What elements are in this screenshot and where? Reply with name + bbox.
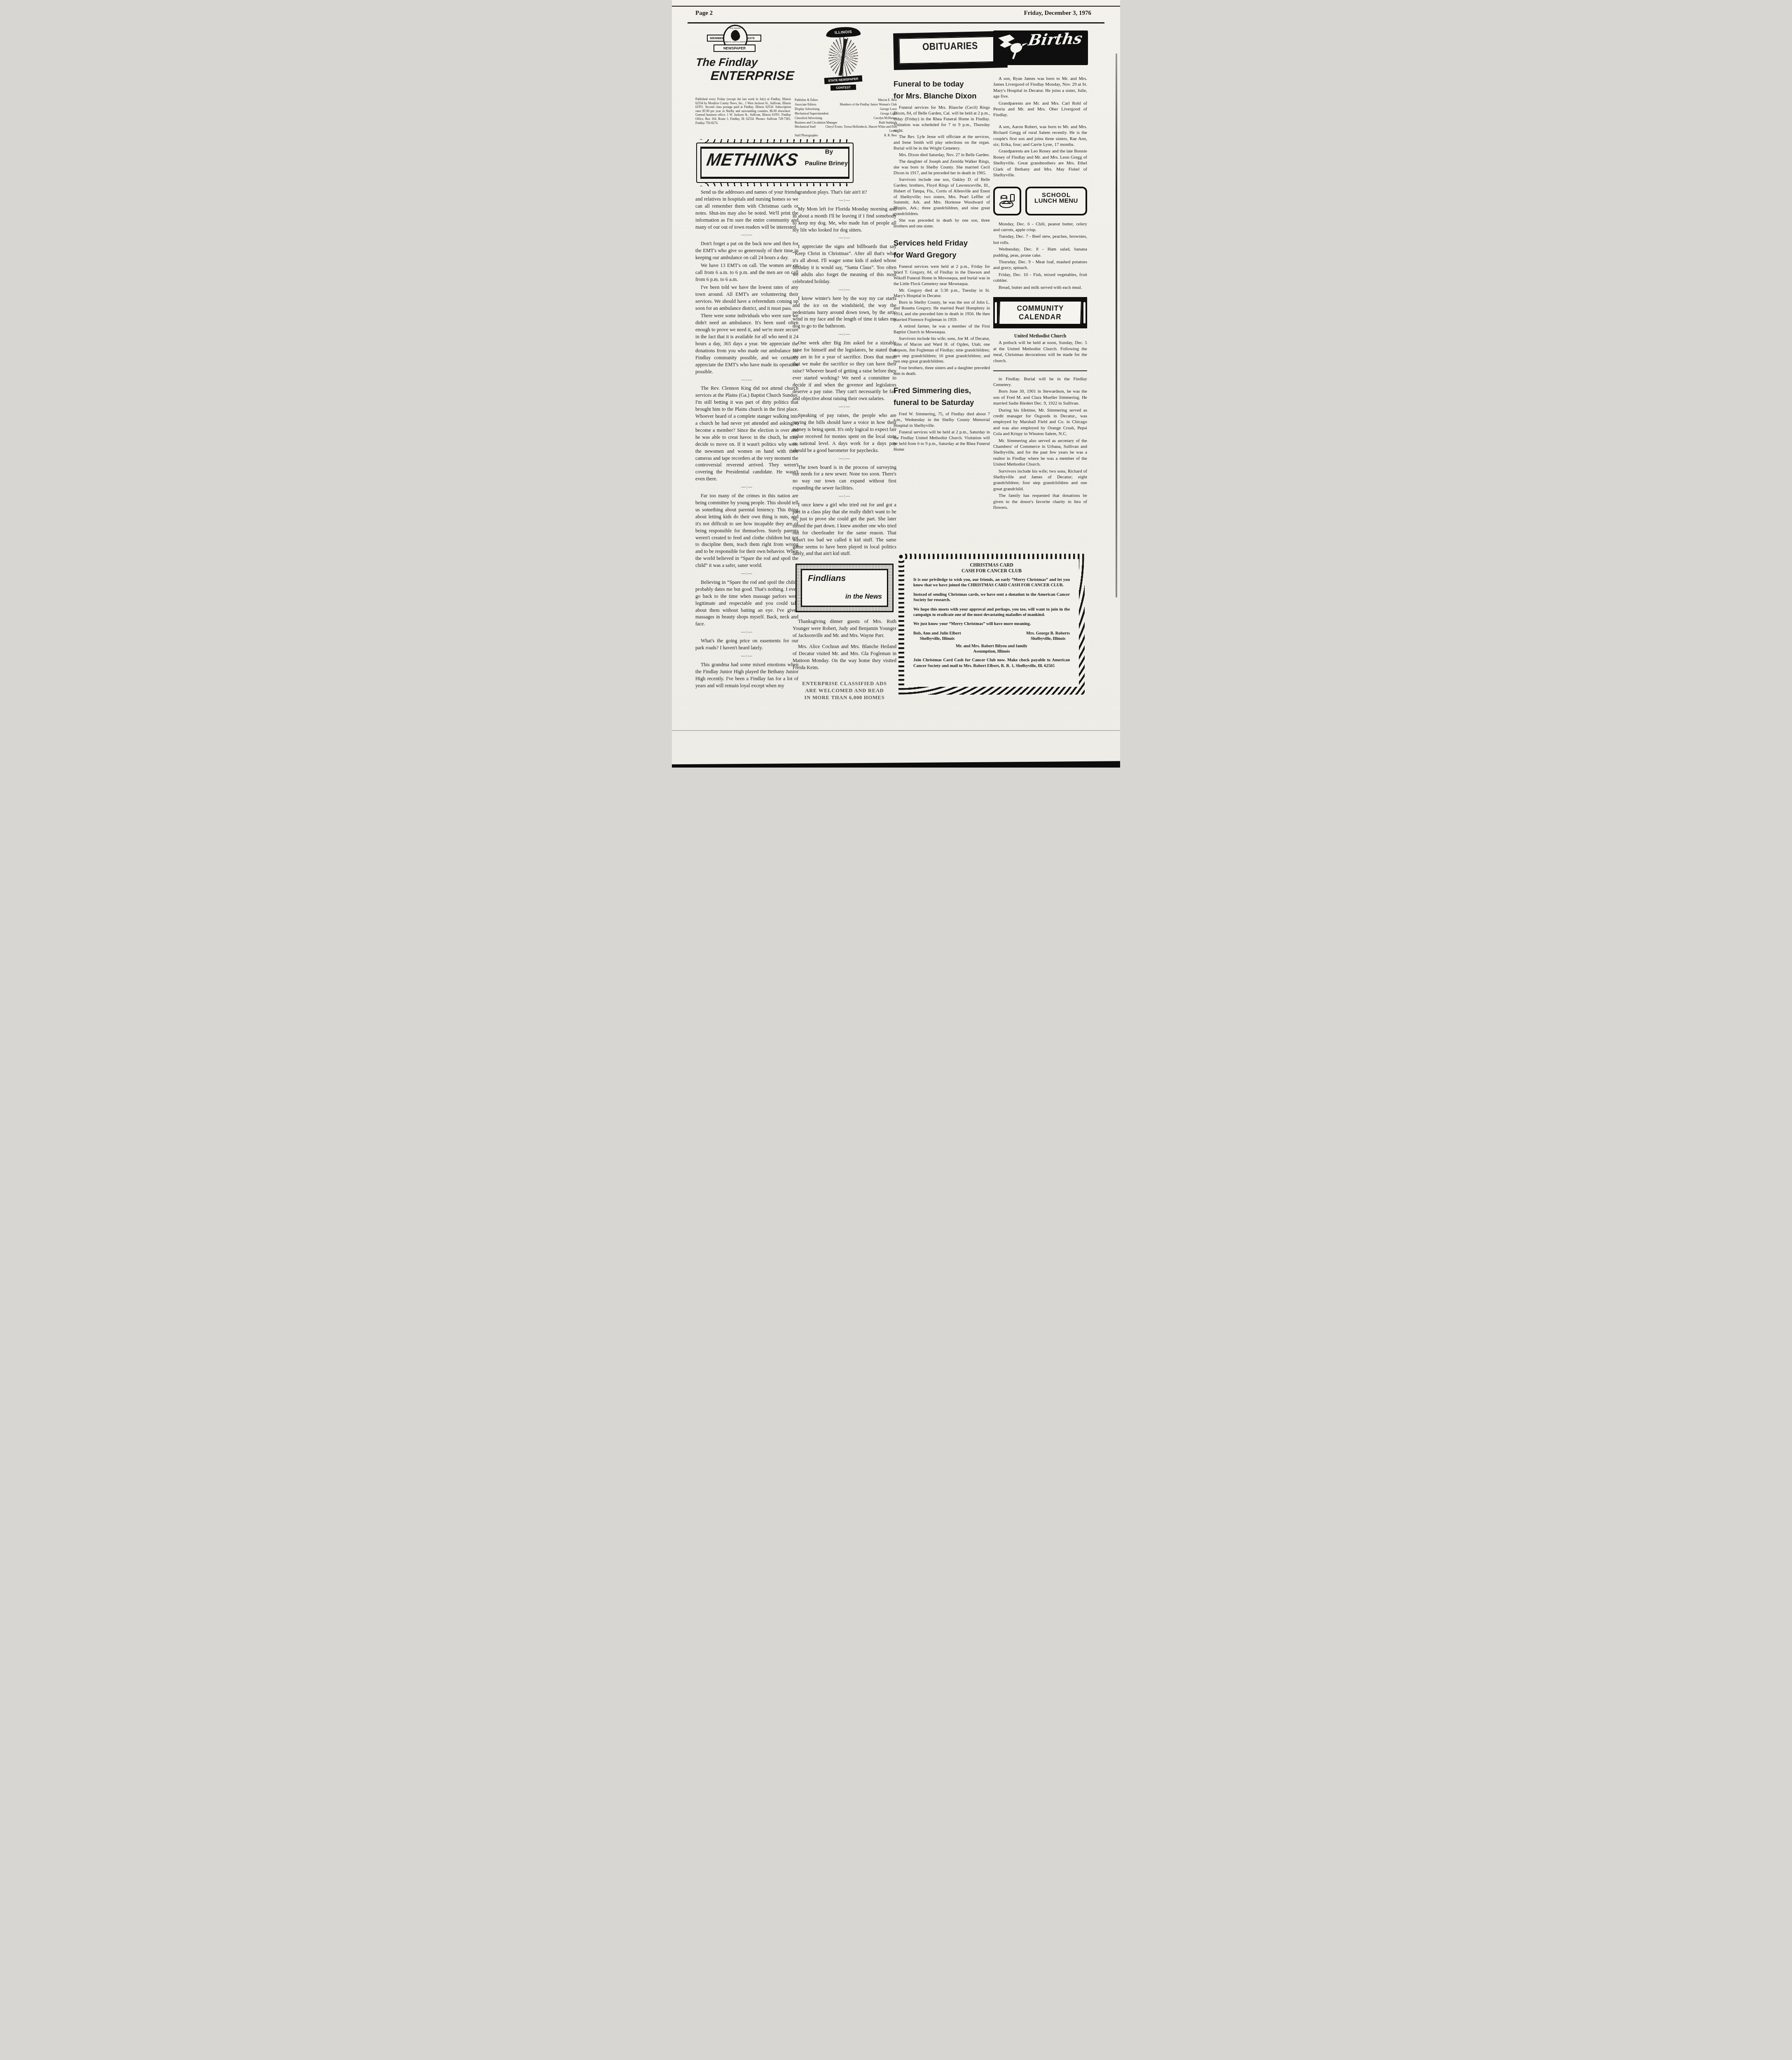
menu-line: Wednesday, Dec. 8 - Ham salad, banana pu… [993,246,1087,258]
obituary-headline: Funeral to be today [894,79,990,89]
obituary-headline: for Mrs. Blanche Dixon [894,91,990,101]
methinks-byline: Pauline Briney [805,160,848,167]
birth-paragraph: A son, Ryan James was born to Mr. and Mr… [993,76,1087,100]
births-banner-label: Births [1028,35,1083,43]
ad-paragraph: It is our priviledge to wish you, our fr… [913,577,1070,588]
obituaries-banner-label: OBITUARIES [922,43,978,50]
staff-role: Mechanical Superintendent [795,112,831,115]
staff-role: Mechanical Staff [795,125,818,133]
signature-name: Mrs. George B. Roberts [1026,631,1070,636]
staff-name: Cheryl Foster, Teresa Hollonbeck, Sharon… [818,125,897,133]
signature: Mr. and Mrs. Robert Bilyeu and family As… [913,644,1070,655]
obituary-paragraph: Mr. Gregory died at 5:30 p.m., Tuesday i… [894,288,990,300]
birth-paragraph: Grandparents are Leo Roney and the late … [993,148,1087,178]
state-newspaper-contest-badge: ILLINOIS STATE NEWSPAPER CONTEST [825,26,861,96]
scan-bottom-bar [672,761,1120,768]
methinks-title: METHINKS [705,150,800,170]
signature-name: Mr. and Mrs. Robert Bilyeu and family [913,644,1070,649]
obituary-headline: Services held Friday [894,238,990,248]
cancer-club-title-line1: CHRISTMAS CARD [913,562,1070,568]
staff-row: Mechanical StaffCheryl Foster, Teresa Ho… [795,125,897,133]
publication-info: Published every Friday (except the last … [695,97,791,125]
findlians-in-the-news-box: Findlians in the News [795,564,894,612]
section-dinkus: —:— [793,331,896,338]
school-lunch-menu-badge: SCHOOL LUNCH MENU [1025,187,1087,215]
menu-line: Friday, Dec. 10 - Fish, mixed vegetables… [993,272,1087,284]
seal-text-top: ILLINOIS [724,28,746,30]
findlians-title-line2: in the News [845,594,882,601]
obituary-paragraph: Born in Shelby County, he was the son of… [894,300,990,323]
obituary-paragraph: Mrs. Dixon died Saturday, Nov. 27 in Bel… [894,152,990,158]
staff-role: Associate Editors [795,103,819,106]
obituary-paragraph: Funeral services will be held at 2 p.m.,… [894,430,990,453]
staff-role: Display Advertising [795,107,822,111]
bottom-rule [672,730,1120,731]
paragraph: One week after Big Jim asked for a sizea… [793,339,896,402]
obituary-paragraph: The family has requested that donations … [993,493,1087,510]
signature-place: Shelbyville, Illinois [913,636,961,641]
staff-name: Members of the Findlay Junior Woman's Cl… [840,103,897,106]
paragraph: Don't forget a pat on the back now and t… [695,240,798,261]
classified-line: ARE WELCOMED AND READ [793,687,896,694]
signature-place: Assumption, Illinois [913,649,1070,654]
banner-scallop-bottom [698,183,852,186]
methinks-column-2: grandson plays. That's fair ain't it? —:… [793,189,896,701]
scroll-end-right [1083,302,1085,323]
section-dinkus: —:— [695,629,798,636]
obituaries-banner: OBITUARIES [893,31,1008,70]
signature: Mrs. George B. Roberts Shelbyville, Illi… [1026,631,1070,642]
staff-row: Classified AdvertisingCarolyn McHatton [795,116,897,120]
calendar-item-paragraph: A potluck will be held at noon, Sunday, … [993,340,1087,364]
obituary-paragraph: Fred W. Simmering, 75, of Findlay died a… [894,412,990,429]
lunch-tray-icon [993,187,1021,215]
section-dinkus: —:— [793,403,896,410]
obituaries-banner-inner: OBITUARIES [898,36,1002,64]
staff-role: Business and Circulation Manager [795,121,840,124]
community-calendar-label-line1: COMMUNITY [1003,304,1078,313]
ad-paragraph: We just know your “Merry Christmas” will… [913,621,1070,627]
newspaper-page: Page 2 Friday, December 3, 1976 MEMBER 1… [672,0,1120,768]
paragraph: Speaking of pay raises, the people who a… [793,412,896,454]
header-rule [688,22,1104,23]
signature-place: Shelbyville, Illinois [1026,636,1070,641]
paragraph: I once knew a girl who tried out for and… [793,501,896,557]
paragraph: There were some individuals who were sur… [695,312,798,375]
menu-line: Monday, Dec. 6 - Chili, peanut butter, c… [993,221,1087,233]
birth-paragraph: A son, Aaron Robert, was born to Mr. and… [993,124,1087,148]
page-number: Page 2 [695,10,713,17]
paragraph: I've been told we have the lowest rates … [695,284,798,312]
cancer-club-ad-box: CHRISTMAS CARD CASH FOR CANCER CLUB It i… [898,554,1085,695]
scan-edge-artifact [1116,54,1117,597]
staff-row: Publisher & EditorMarion E. Best [795,98,897,102]
methinks-column-banner: METHINKS By Pauline Briney [695,140,854,185]
menu-line: Tuesday, Dec. 7 - Beef stew, peaches, br… [993,234,1087,246]
cancer-club-title-line2: CASH FOR CANCER CLUB [913,568,1070,574]
paragraph: grandson plays. That's fair ain't it? [793,189,896,196]
staff-role: Staff Photographer [795,133,821,137]
seal-text-bottom: PRESS ASSOCIATION [724,41,746,43]
obituary-paragraph: During his lifetime, Mr. Simmering serve… [993,407,1087,437]
classified-line: IN MORE THAN 6,000 HOMES [793,694,896,701]
obituary-paragraph: The Rev. Lyle Jesse will officiate at th… [894,134,990,152]
paragraph: We have 13 EMT's on call. The women are … [695,262,798,283]
school-lunch-label-line2: LUNCH MENU [1027,198,1085,204]
community-calendar-banner: COMMUNITY CALENDAR [993,297,1087,328]
obituary-paragraph: Born June 30, 1901 in Stewardson, he was… [993,389,1087,406]
column-divider-rule [993,370,1087,371]
top-edge-line [672,6,1120,7]
obituary-headline: Fred Simmering dies, [894,385,990,396]
stork-icon [996,34,1029,62]
badge-illinois-arc: ILLINOIS [826,26,861,38]
obituary-paragraph: Mr. Simmering also served as secretary o… [993,438,1087,468]
menu-line: Bread, butter and milk served with each … [993,285,1087,290]
masthead-title-line2: ENTERPRISE [710,68,795,83]
findlians-title-line1: Findlians [808,575,846,582]
obituary-paragraph: Survivors include his wife; two sons, Ri… [993,468,1087,492]
staff-row: Business and Circulation ManagerRuth Sud… [795,121,897,124]
methinks-by: By [825,148,833,155]
section-dinkus: —:— [793,493,896,500]
school-lunch-header: SCHOOL LUNCH MENU [993,187,1087,215]
obituary-paragraph: Funeral services for Mrs. Blanche (Cecil… [894,105,990,134]
obituary-paragraph: The daughter of Joseph and Zerelda Walke… [894,159,990,176]
paragraph: Believing in “Spare the rod and spoil th… [695,579,798,627]
section-dinkus: —:— [695,570,798,577]
paragraph: My Mom left for Florida Monday morning a… [793,206,896,234]
section-dinkus: —:— [695,653,798,660]
obituary-paragraph: in Findlay. Burial will be in the Findla… [993,376,1087,388]
births-banner: Births [993,30,1088,65]
eagle-icon [730,29,741,42]
paragraph: Far too many of the crimes in this natio… [695,492,798,569]
ad-paragraph: Instead of sending Christmas cards, we h… [913,592,1070,603]
paragraph: Thanksgiving dinner guests of Mrs. Ruth … [793,618,896,639]
obituary-headline: funeral to be Saturday [894,397,990,407]
staff-role: Publisher & Editor [795,98,821,102]
newspaper-ribbon: NEWSPAPER [714,44,756,52]
obituary-paragraph: Survivors include his wife; sons, Joe M.… [894,336,990,365]
methinks-column-1: Send us the addresses and names of your … [695,189,798,690]
classified-ads-note: ENTERPRISE CLASSIFIED ADS ARE WELCOMED A… [793,680,896,701]
masthead-title-line1: The Findlay [695,56,758,69]
paragraph: What's the going price on easements for … [695,637,798,651]
section-dinkus: —:— [695,232,798,239]
section-dinkus: —:— [793,286,896,293]
paragraph: I appreciate the signs and billboards th… [793,243,896,285]
findlians-inner-box: Findlians in the News [801,569,888,607]
signature-row: Bob, Ann and Julie Elbert Shelbyville, I… [913,631,1070,642]
obituaries-column: OBITUARIES Funeral to be today for Mrs. … [894,32,990,454]
issue-date: Friday, December 3, 1976 [1024,10,1091,17]
staff-list: Publisher & EditorMarion E. Best Associa… [795,98,897,138]
signature: Bob, Ann and Julie Elbert Shelbyville, I… [913,631,961,642]
section-dinkus: —:— [695,484,798,491]
staff-role: Classified Advertising [795,116,825,120]
obituary-paragraph: Four brothers, three sisters and a daugh… [894,365,990,377]
obituary-paragraph: She was preceded in death by one son, th… [894,218,990,229]
menu-line: Thursday, Dec. 9 - Meat loaf, mashed pot… [993,259,1087,271]
badge-ribbon-state-newspaper: STATE NEWSPAPER [824,75,863,84]
section-dinkus: —:— [793,455,896,462]
ad-paragraph: We hope this meets with your approval an… [913,607,1070,618]
paragraph: This grandma had some mixed emotions whe… [695,661,798,689]
staff-row: Mechanical SuperintendentGeorge Light [795,112,897,115]
birth-paragraph: Grandparents are Mr. and Mrs. Carl Rohl … [993,101,1087,118]
badge-ribbon-contest: CONTEST [830,84,856,91]
findlians-news: Thanksgiving dinner guests of Mrs. Ruth … [793,618,896,671]
obituary-paragraph: A retired farmer, he was a member of the… [894,324,990,335]
paragraph: Send us the addresses and names of your … [695,189,798,230]
scroll-end-left [995,302,997,323]
cancer-club-title: CHRISTMAS CARD CASH FOR CANCER CLUB [913,562,1070,574]
section-dinkus: —:— [695,377,798,384]
paragraph: Mrs. Alice Cochran and Mrs. Blanche Heil… [793,643,896,671]
section-dinkus: —:— [793,197,896,204]
community-calendar-inner: COMMUNITY CALENDAR [999,301,1082,325]
section-dinkus: —:— [793,234,896,241]
paragraph: I know winter's here by the way my car s… [793,295,896,330]
ad-paragraph: Join Christmas Card Cash for Cancer Club… [913,658,1070,669]
obituary-headline: for Ward Gregory [894,250,990,260]
staff-row: Staff PhotographerR. R. Best [795,133,897,137]
paragraph: The town board is in the process of surv… [793,464,896,492]
obituary-paragraph: Survivors include one son, Oakley D. of … [894,177,990,217]
paragraph: The Rev. Clennon King did not attend chu… [695,385,798,482]
classified-line: ENTERPRISE CLASSIFIED ADS [793,680,896,687]
staff-row: Associate EditorsMembers of the Findlay … [795,103,897,106]
signature-name: Bob, Ann and Julie Elbert [913,631,961,636]
births-column: Births A son, Ryan James was born to Mr.… [993,30,1087,511]
obituary-paragraph: Funeral services were held at 2 p.m., Fr… [894,264,990,287]
staff-row: Display AdvertisingGeorge Lozzi [795,107,897,111]
community-calendar-label-line2: CALENDAR [1002,313,1078,321]
press-association-seal: MEMBER 1976 ILLINOIS PRESS ASSOCIATION N… [707,25,761,58]
cancer-club-ad-inner: CHRISTMAS CARD CASH FOR CANCER CLUB It i… [904,559,1079,687]
calendar-item-heading: United Methodist Church [993,333,1087,339]
